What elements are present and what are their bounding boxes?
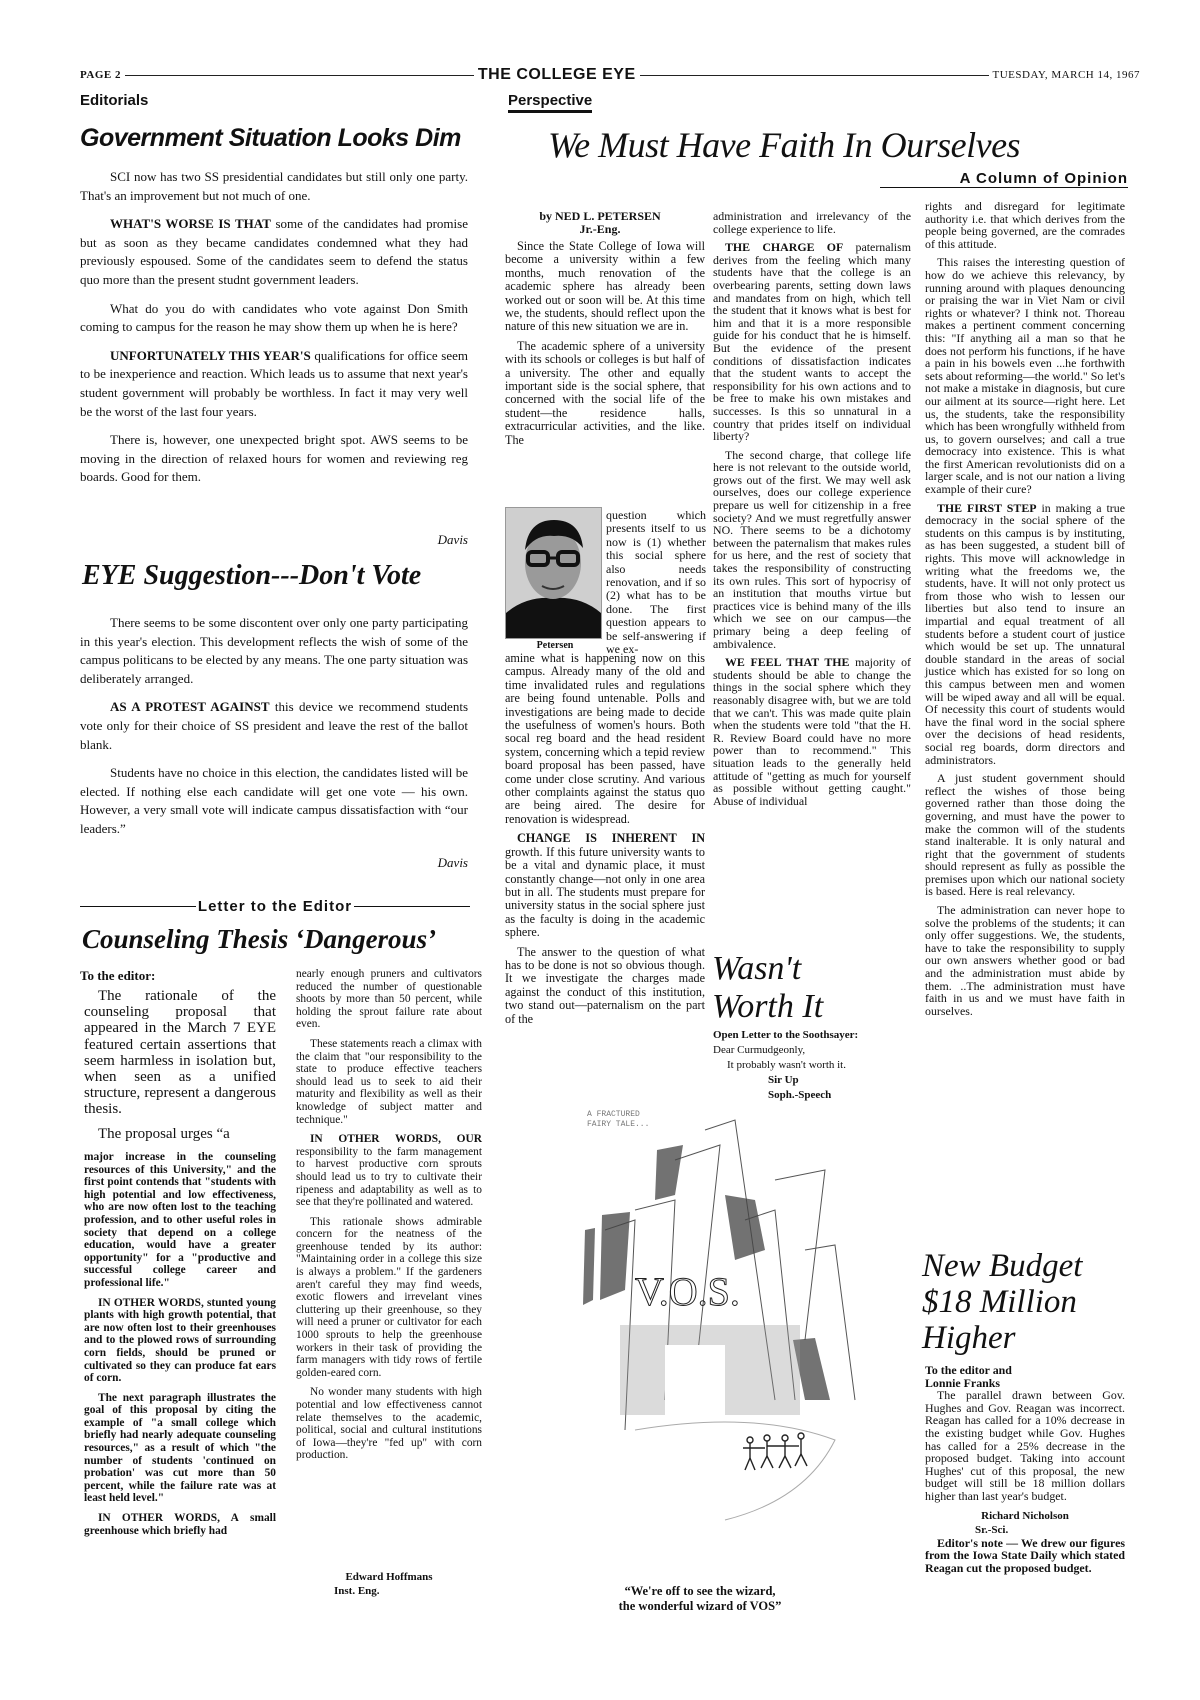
open-letter-salutation: Open Letter to the Soothsayer: (713, 1028, 913, 1043)
lead-in: THE CHARGE OF (725, 240, 843, 254)
paragraph: WE FEEL THAT THE majority of students sh… (713, 656, 911, 807)
perspective-col1-wrap: question which presents itself to us now… (606, 509, 706, 656)
editors-note: Editor's note — We drew our figures from… (925, 1537, 1125, 1575)
budget-signature-name: Richard Nicholson (925, 1509, 1125, 1523)
paragraph: THE CHARGE OF paternalism derives from t… (713, 241, 911, 443)
paragraph: No wonder many students with high potent… (296, 1386, 482, 1462)
letter-salutation: To the editor: (80, 968, 155, 984)
masthead: PAGE 2 THE COLLEGE EYE TUESDAY, MARCH 14… (80, 66, 1140, 84)
lead-in: IN OTHER WORDS, A (98, 1512, 239, 1524)
lead-in: IN OTHER WORDS, OUR (310, 1133, 482, 1145)
banner-rule-left (80, 906, 196, 907)
paragraph: There seems to be some discontent over o… (80, 614, 468, 688)
letter-col1-large: The rationale of the counseling proposal… (84, 988, 276, 1150)
masthead-rule-left (125, 75, 474, 76)
paragraph: AS A PROTEST AGAINST this device we reco… (80, 698, 468, 754)
budget-headline-line-2: $18 Million (922, 1284, 1082, 1320)
budget-letter-body: To the editor and Lonnie Franks The para… (925, 1364, 1125, 1580)
paragraph: WHAT'S WORSE IS THAT some of the candida… (80, 215, 468, 289)
budget-headline-line-1: New Budget (922, 1248, 1082, 1284)
paragraph: The administration can never hope to sol… (925, 904, 1125, 1017)
paragraph: The answer to the question of what has t… (505, 946, 705, 1026)
letter-headline: Counseling Thesis ‘Dangerous’ (82, 924, 436, 955)
paragraph: This raises the interesting question of … (925, 256, 1125, 495)
headline-line-2: Worth It (712, 988, 823, 1026)
paragraph: The rationale of the counseling proposal… (84, 988, 276, 1118)
perspective-col3: rights and disregard for legitimate auth… (925, 200, 1125, 1023)
lead-in: UNFORTUNATELY THIS YEAR'S (110, 348, 311, 363)
page-number: PAGE 2 (80, 69, 121, 81)
editorial-dont-vote-body: There seems to be some discontent over o… (80, 614, 468, 849)
editorial-signature-2: Davis (80, 855, 478, 871)
paragraph: major increase in the counseling resourc… (84, 1151, 276, 1290)
open-letter-greeting: Dear Curmudgeonly, (713, 1043, 913, 1058)
paragraph: This rationale shows admirable concern f… (296, 1216, 482, 1380)
paragraph: The next paragraph illustrates the goal … (84, 1392, 276, 1505)
banner-rule-right (354, 906, 470, 907)
letter-col1-small: major increase in the counseling resourc… (84, 1151, 276, 1544)
budget-signature-title: Sr.-Sci. (925, 1523, 1125, 1537)
paragraph: SCI now has two SS presidential candidat… (80, 168, 468, 205)
budget-headline: New Budget $18 Million Higher (922, 1248, 1082, 1356)
caption-line-2: the wonderful wizard of VOS” (575, 1599, 825, 1614)
lead-in: THE FIRST STEP (937, 501, 1037, 515)
letter-to-editor-banner: Letter to the Editor (80, 898, 470, 915)
perspective-col1-top: Since the State College of Iowa will bec… (505, 240, 705, 453)
cartoon-caption: “We're off to see the wizard, the wonder… (575, 1584, 825, 1614)
banner-label: Letter to the Editor (196, 898, 354, 915)
editorial-signature: Davis (80, 532, 478, 548)
paragraph: The academic sphere of a university with… (505, 340, 705, 447)
wasnt-worth-it-headline: Wasn't Worth It (712, 950, 823, 1026)
perspective-subhead: A Column of Opinion (880, 170, 1128, 188)
paragraph: The proposal urges “a (84, 1126, 276, 1142)
photo-caption: Petersen (505, 640, 605, 651)
letter-signature-title: Inst. Eng. (296, 1584, 482, 1598)
paragraph: amine what is happening now on this camp… (505, 652, 705, 826)
emerald-city-drawing-icon: V.O.S. (575, 1100, 920, 1570)
paragraph: administration and irrelevancy of the co… (713, 210, 911, 235)
headline-line-1: Wasn't (712, 950, 823, 988)
paragraph: These statements reach a climax with the… (296, 1038, 482, 1126)
byline-title: Jr.-Eng. (490, 223, 710, 236)
author-photo (505, 507, 602, 639)
svg-text:V.O.S.: V.O.S. (635, 1269, 740, 1314)
perspective-col2: administration and irrelevancy of the co… (713, 210, 911, 813)
paragraph: Students have no choice in this election… (80, 764, 468, 838)
lead-in: AS A PROTEST AGAINST (110, 699, 270, 714)
paragraph: There is, however, one unexpected bright… (80, 431, 468, 487)
paragraph: What do you do with candidates who vote … (80, 300, 468, 337)
paragraph: IN OTHER WORDS, stunted young plants wit… (84, 1297, 276, 1385)
wasnt-worth-it-body: Open Letter to the Soothsayer: Dear Curm… (713, 1028, 913, 1103)
paragraph: Since the State College of Iowa will bec… (505, 240, 705, 334)
issue-date: TUESDAY, MARCH 14, 1967 (993, 69, 1141, 81)
paragraph: THE FIRST STEP in making a true democrac… (925, 502, 1125, 766)
newspaper-title: THE COLLEGE EYE (478, 66, 636, 84)
caption-line-1: “We're off to see the wizard, (575, 1584, 825, 1599)
lead-in: WE FEEL THAT THE (725, 655, 849, 669)
lead-in: WHAT'S WORSE IS THAT (110, 216, 271, 231)
section-label-perspective: Perspective (508, 92, 592, 113)
section-label-editorials: Editorials (80, 92, 148, 109)
perspective-headline: We Must Have Faith In Ourselves (548, 124, 1020, 166)
masthead-rule-right (640, 75, 989, 76)
lead-in: IN OTHER WORDS, (98, 1297, 204, 1309)
editorial-government-body: SCI now has two SS presidential candidat… (80, 168, 468, 497)
letter-signature: Edward Hoffmans Inst. Eng. (296, 1570, 482, 1598)
vos-cartoon: V.O.S. A FRACTURED FAIRY TALE... (575, 1100, 920, 1570)
open-letter-signature: Sir Up (713, 1073, 913, 1088)
paragraph: IN OTHER WORDS, OUR responsibility to th… (296, 1133, 482, 1209)
paragraph: rights and disregard for legitimate auth… (925, 200, 1125, 250)
paragraph: A just student government should reflect… (925, 772, 1125, 898)
budget-headline-line-3: Higher (922, 1320, 1082, 1356)
cartoon-scribble: A FRACTURED FAIRY TALE... (587, 1110, 657, 1130)
paragraph: IN OTHER WORDS, A small greenhouse which… (84, 1512, 276, 1537)
paragraph: nearly enough pruners and cultivators re… (296, 968, 482, 1031)
budget-body: The parallel drawn between Gov. Hughes a… (925, 1389, 1125, 1502)
paragraph: CHANGE IS INHERENT IN growth. If this fu… (505, 832, 705, 939)
portrait-icon (506, 508, 601, 638)
budget-salutation-1: To the editor and (925, 1364, 1125, 1377)
perspective-byline: by NED L. PETERSEN Jr.-Eng. (490, 210, 710, 236)
paragraph: UNFORTUNATELY THIS YEAR'S qualifications… (80, 347, 468, 421)
perspective-col1-bottom: amine what is happening now on this camp… (505, 652, 705, 1032)
lead-in: CHANGE IS INHERENT IN (517, 831, 705, 845)
letter-col2: nearly enough pruners and cultivators re… (296, 968, 482, 1469)
letter-signature-name: Edward Hoffmans (296, 1570, 482, 1584)
editorial-headline-dont-vote: EYE Suggestion---Don't Vote (82, 560, 421, 592)
open-letter-body: It probably wasn't worth it. (713, 1058, 913, 1073)
paragraph: The second charge, that college life her… (713, 449, 911, 651)
editorial-headline-government: Government Situation Looks Dim (80, 124, 461, 153)
